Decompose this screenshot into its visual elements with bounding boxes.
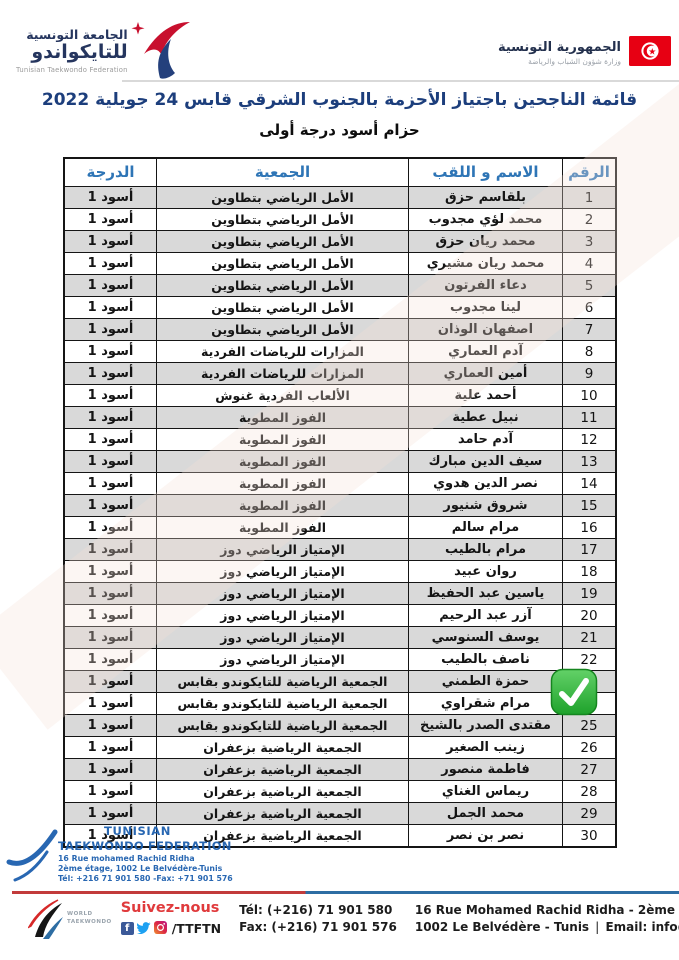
cell-club: الجمعية الرياضية بزعفران bbox=[156, 781, 408, 802]
cell-num: 16 bbox=[562, 517, 615, 538]
cell-name: دعاء الفرتون bbox=[408, 275, 562, 296]
table-row: 26زينب الصغيرالجمعية الرياضية بزعفرانأسو… bbox=[65, 736, 615, 758]
taekwondo-figure-icon bbox=[130, 18, 192, 84]
social-icons: f bbox=[121, 919, 221, 938]
cell-name: آزر عبد الرحيم bbox=[408, 605, 562, 626]
cell-degree: أسود 1 bbox=[65, 649, 156, 670]
table-row: 17مرام بالطيبالإمتياز الرياضي دوزأسود 1 bbox=[65, 538, 615, 560]
cell-num: 5 bbox=[562, 275, 615, 296]
table-row: 20آزر عبد الرحيمالإمتياز الرياضي دوزأسود… bbox=[65, 604, 615, 626]
footer: WORLD TAEKWONDO Suivez-nous f bbox=[28, 899, 677, 939]
cell-club: الفوز المطوية bbox=[156, 407, 408, 428]
cell-club: الإمتياز الرياضي دوز bbox=[156, 627, 408, 648]
address-separator: | bbox=[595, 919, 599, 936]
table-row: 2محمد لؤي مجدوبالأمل الرياضي بتطاوينأسود… bbox=[65, 208, 615, 230]
cell-club: الجمعية الرياضية بزعفران bbox=[156, 803, 408, 824]
cell-num: 2 bbox=[562, 209, 615, 230]
cell-degree: أسود 1 bbox=[65, 539, 156, 560]
cell-club: الجمعية الرياضية للتايكوندو بقابس bbox=[156, 671, 408, 692]
cell-name: حمزة الطمني bbox=[408, 671, 562, 692]
table-row: 12آدم حامدالفوز المطويةأسود 1 bbox=[65, 428, 615, 450]
cell-name: آدم العماري bbox=[408, 341, 562, 362]
cell-name: زينب الصغير bbox=[408, 737, 562, 758]
cell-num: 21 bbox=[562, 627, 615, 648]
footer-divider-line bbox=[12, 891, 679, 894]
address-line2: 1002 Le Belvédère - Tunis bbox=[415, 919, 589, 936]
cell-club: الجمعية الرياضية للتايكوندو بقابس bbox=[156, 715, 408, 736]
cell-num: 20 bbox=[562, 605, 615, 626]
fax-number: Fax: (+216) 71 901 576 bbox=[239, 919, 397, 936]
cell-degree: أسود 1 bbox=[65, 253, 156, 274]
document-page: الجامعة التونسية للتايكواندو Tunisian Ta… bbox=[0, 0, 679, 960]
cell-degree: أسود 1 bbox=[65, 429, 156, 450]
cell-name: شروق شنيور bbox=[408, 495, 562, 516]
address-line1: 16 Rue Mohamed Rachid Ridha - 2ème étage bbox=[415, 902, 679, 919]
cell-club: الأمل الرياضي بتطاوين bbox=[156, 275, 408, 296]
table-row: 1بلقاسم حزقالأمل الرياضي بتطاوينأسود 1 bbox=[65, 186, 615, 208]
cell-club: الأمل الرياضي بتطاوين bbox=[156, 319, 408, 340]
cell-degree: أسود 1 bbox=[65, 451, 156, 472]
cell-club: الإمتياز الرياضي دوز bbox=[156, 539, 408, 560]
contact-block: Tél: (+216) 71 901 580 Fax: (+216) 71 90… bbox=[239, 902, 397, 936]
header-cell-club: الجمعية bbox=[156, 159, 408, 186]
table-row: 14نصر الدين هدويالفوز المطويةأسود 1 bbox=[65, 472, 615, 494]
cell-num: 18 bbox=[562, 561, 615, 582]
cell-num: 6 bbox=[562, 297, 615, 318]
green-check-icon bbox=[550, 668, 598, 716]
cell-degree: أسود 1 bbox=[65, 781, 156, 802]
cell-num: 26 bbox=[562, 737, 615, 758]
cell-num: 28 bbox=[562, 781, 615, 802]
cell-name: نصر الدين هدوي bbox=[408, 473, 562, 494]
ministry-block: الجمهورية التونسية وزارة شؤون الشباب وال… bbox=[498, 36, 671, 70]
stamp-line3: 16 Rue mohamed Rachid Ridha bbox=[58, 854, 233, 864]
cell-degree: أسود 1 bbox=[65, 363, 156, 384]
table-row: 25مقتدى الصدر بالشيخالجمعية الرياضية للت… bbox=[65, 714, 615, 736]
cell-num: 10 bbox=[562, 385, 615, 406]
twitter-icon bbox=[137, 919, 151, 938]
cell-club: الفوز المطوية bbox=[156, 451, 408, 472]
cell-name: أحمد علية bbox=[408, 385, 562, 406]
table-row: 24مرام شقراويالجمعية الرياضية للتايكوندو… bbox=[65, 692, 615, 714]
cell-num: 3 bbox=[562, 231, 615, 252]
header-cell-degree: الدرجة bbox=[65, 159, 156, 186]
cell-num: 22 bbox=[562, 649, 615, 670]
cell-degree: أسود 1 bbox=[65, 231, 156, 252]
cell-degree: أسود 1 bbox=[65, 385, 156, 406]
cell-club: الأمل الرياضي بتطاوين bbox=[156, 231, 408, 252]
cell-name: سيف الدين مبارك bbox=[408, 451, 562, 472]
cell-degree: أسود 1 bbox=[65, 187, 156, 208]
cell-club: الفوز المطوية bbox=[156, 473, 408, 494]
cell-name: مرام سالم bbox=[408, 517, 562, 538]
cell-degree: أسود 1 bbox=[65, 275, 156, 296]
table-row: 16مرام سالمالفوز المطويةأسود 1 bbox=[65, 516, 615, 538]
cell-club: الجمعية الرياضية بزعفران bbox=[156, 737, 408, 758]
cell-name: ريماس الغناي bbox=[408, 781, 562, 802]
table-row: 15شروق شنيورالفوز المطويةأسود 1 bbox=[65, 494, 615, 516]
cell-name: محمد الجمل bbox=[408, 803, 562, 824]
federation-stamp: TUNISIAN TAEKWONDO FEDERATION 16 Rue moh… bbox=[6, 824, 233, 894]
cell-name: محمد لؤي مجدوب bbox=[408, 209, 562, 230]
cell-club: الإمتياز الرياضي دوز bbox=[156, 583, 408, 604]
cell-degree: أسود 1 bbox=[65, 759, 156, 780]
table-row: 6لينا مجدوبالأمل الرياضي بتطاوينأسود 1 bbox=[65, 296, 615, 318]
republic-title: الجمهورية التونسية bbox=[498, 40, 621, 55]
world-taekwondo-logo: WORLD TAEKWONDO bbox=[28, 899, 112, 939]
cell-degree: أسود 1 bbox=[65, 319, 156, 340]
table-row: 18روان عبيدالإمتياز الرياضي دوزأسود 1 bbox=[65, 560, 615, 582]
cell-degree: أسود 1 bbox=[65, 473, 156, 494]
cell-num: 29 bbox=[562, 803, 615, 824]
cell-num: 7 bbox=[562, 319, 615, 340]
phone-number: Tél: (+216) 71 901 580 bbox=[239, 902, 397, 919]
cell-num: 25 bbox=[562, 715, 615, 736]
cell-num: 1 bbox=[562, 187, 615, 208]
cell-name: مرام شقراوي bbox=[408, 693, 562, 714]
cell-num: 12 bbox=[562, 429, 615, 450]
stamp-line1: TUNISIAN bbox=[104, 824, 233, 839]
table-row: 23حمزة الطمنيالجمعية الرياضية للتايكوندو… bbox=[65, 670, 615, 692]
cell-name: محمد ريان حزق bbox=[408, 231, 562, 252]
cell-degree: أسود 1 bbox=[65, 495, 156, 516]
cell-club: الفوز المطوية bbox=[156, 429, 408, 450]
cell-num: 19 bbox=[562, 583, 615, 604]
cell-club: الإمتياز الرياضي دوز bbox=[156, 561, 408, 582]
cell-num: 30 bbox=[562, 825, 615, 846]
cell-degree: أسود 1 bbox=[65, 583, 156, 604]
page-subtitle: حزام أسود درجة أولى bbox=[0, 121, 679, 139]
cell-degree: أسود 1 bbox=[65, 671, 156, 692]
cell-degree: أسود 1 bbox=[65, 715, 156, 736]
stamp-line2: TAEKWONDO FEDERATION bbox=[58, 839, 233, 854]
instagram-icon bbox=[154, 919, 167, 938]
cell-club: الجمعية الرياضية للتايكوندو بقابس bbox=[156, 693, 408, 714]
cell-degree: أسود 1 bbox=[65, 341, 156, 362]
table-row: 4محمد ريان مشيريالأمل الرياضي بتطاوينأسو… bbox=[65, 252, 615, 274]
cell-club: الفوز المطوية bbox=[156, 495, 408, 516]
cell-club: الأمل الرياضي بتطاوين bbox=[156, 187, 408, 208]
cell-name: نبيل عطية bbox=[408, 407, 562, 428]
header-cell-number: الرقم bbox=[562, 159, 615, 186]
cell-club: المزارات للرياضات الفردية bbox=[156, 363, 408, 384]
cell-name: بلقاسم حزق bbox=[408, 187, 562, 208]
table-row: 11نبيل عطيةالفوز المطويةأسود 1 bbox=[65, 406, 615, 428]
cell-name: آدم حامد bbox=[408, 429, 562, 450]
cell-club: الفوز المطوية bbox=[156, 517, 408, 538]
cell-degree: أسود 1 bbox=[65, 693, 156, 714]
address-block: 16 Rue Mohamed Rachid Ridha - 2ème étage… bbox=[415, 902, 679, 936]
cell-num: 4 bbox=[562, 253, 615, 274]
cell-degree: أسود 1 bbox=[65, 517, 156, 538]
stamp-swoosh-icon bbox=[6, 824, 58, 894]
table-row: 10أحمد عليةالألعاب الفردية غنوشأسود 1 bbox=[65, 384, 615, 406]
ministry-text: الجمهورية التونسية وزارة شؤون الشباب وال… bbox=[498, 40, 621, 66]
cell-num: 11 bbox=[562, 407, 615, 428]
table-row: 19ياسين عبد الحفيظالإمتياز الرياضي دوزأس… bbox=[65, 582, 615, 604]
cell-club: الأمل الرياضي بتطاوين bbox=[156, 297, 408, 318]
cell-name: مرام بالطيب bbox=[408, 539, 562, 560]
table-row: 7اصفهان الوذانالأمل الرياضي بتطاوينأسود … bbox=[65, 318, 615, 340]
federation-logo: الجامعة التونسية للتايكواندو Tunisian Ta… bbox=[16, 18, 192, 84]
cell-num: 13 bbox=[562, 451, 615, 472]
table-row: 13سيف الدين مباركالفوز المطويةأسود 1 bbox=[65, 450, 615, 472]
cell-degree: أسود 1 bbox=[65, 803, 156, 824]
cell-name: فاطمة منصور bbox=[408, 759, 562, 780]
world-taekwondo-label: WORLD TAEKWONDO bbox=[67, 911, 112, 926]
federation-logo-text: الجامعة التونسية للتايكواندو Tunisian Ta… bbox=[16, 28, 128, 74]
stamp-line5: Tél: +216 71 901 580 -Fax: +71 901 576 bbox=[58, 874, 233, 884]
results-table: الرقم الاسم و اللقب الجمعية الدرجة 1بلقا… bbox=[63, 157, 617, 848]
cell-degree: أسود 1 bbox=[65, 561, 156, 582]
header-cell-name: الاسم و اللقب bbox=[408, 159, 562, 186]
federation-name-en: Tunisian Taekwondo Federation bbox=[16, 66, 128, 74]
cell-degree: أسود 1 bbox=[65, 627, 156, 648]
cell-num: 14 bbox=[562, 473, 615, 494]
cell-club: الإمتياز الرياضي دوز bbox=[156, 605, 408, 626]
table-row: 21يوسف السنوسيالإمتياز الرياضي دوزأسود 1 bbox=[65, 626, 615, 648]
cell-degree: أسود 1 bbox=[65, 737, 156, 758]
cell-degree: أسود 1 bbox=[65, 209, 156, 230]
cell-name: ياسين عبد الحفيظ bbox=[408, 583, 562, 604]
cell-club: الجمعية الرياضية بزعفران bbox=[156, 759, 408, 780]
social-handle: /TTFTN bbox=[172, 921, 221, 936]
cell-club: الإمتياز الرياضي دوز bbox=[156, 649, 408, 670]
cell-club: الألعاب الفردية غنوش bbox=[156, 385, 408, 406]
table-row: 5دعاء الفرتونالأمل الرياضي بتطاوينأسود 1 bbox=[65, 274, 615, 296]
tunisia-flag-icon: ★ bbox=[629, 36, 671, 70]
cell-degree: أسود 1 bbox=[65, 605, 156, 626]
cell-name: اصفهان الوذان bbox=[408, 319, 562, 340]
federation-name-ar-line1: الجامعة التونسية bbox=[16, 28, 128, 42]
table-row: 29محمد الجملالجمعية الرياضية بزعفرانأسود… bbox=[65, 802, 615, 824]
stamp-text: TUNISIAN TAEKWONDO FEDERATION 16 Rue moh… bbox=[58, 824, 233, 884]
world-taekwondo-figure-icon bbox=[28, 899, 64, 939]
cell-degree: أسود 1 bbox=[65, 297, 156, 318]
table-header-row: الرقم الاسم و اللقب الجمعية الدرجة bbox=[65, 159, 615, 186]
cell-name: روان عبيد bbox=[408, 561, 562, 582]
cell-num: 9 bbox=[562, 363, 615, 384]
ministry-subtitle: وزارة شؤون الشباب والرياضة bbox=[498, 57, 621, 66]
table-row: 9أمين العماريالمزارات للرياضات الفرديةأس… bbox=[65, 362, 615, 384]
header-divider bbox=[122, 80, 679, 82]
table-row: 3محمد ريان حزقالأمل الرياضي بتطاوينأسود … bbox=[65, 230, 615, 252]
cell-name: نصر بن نصر bbox=[408, 825, 562, 846]
federation-name-ar-line2: للتايكواندو bbox=[16, 42, 128, 63]
cell-num: 15 bbox=[562, 495, 615, 516]
cell-num: 17 bbox=[562, 539, 615, 560]
follow-block: Suivez-nous f bbox=[121, 900, 221, 938]
cell-name: أمين العماري bbox=[408, 363, 562, 384]
cell-name: لينا مجدوب bbox=[408, 297, 562, 318]
follow-label: Suivez-nous bbox=[121, 900, 220, 916]
cell-num: 27 bbox=[562, 759, 615, 780]
facebook-icon: f bbox=[121, 922, 134, 935]
email-address: Email: info@ttf.tn bbox=[605, 919, 679, 936]
cell-name: يوسف السنوسي bbox=[408, 627, 562, 648]
cell-name: محمد ريان مشيري bbox=[408, 253, 562, 274]
svg-text:★: ★ bbox=[648, 48, 656, 58]
table-row: 22ناصف بالطيبالإمتياز الرياضي دوزأسود 1 bbox=[65, 648, 615, 670]
cell-club: الأمل الرياضي بتطاوين bbox=[156, 253, 408, 274]
cell-club: المزارات للرياضات الفردية bbox=[156, 341, 408, 362]
table-row: 27فاطمة منصورالجمعية الرياضية بزعفرانأسو… bbox=[65, 758, 615, 780]
cell-degree: أسود 1 bbox=[65, 407, 156, 428]
table-row: 8آدم العماريالمزارات للرياضات الفرديةأسو… bbox=[65, 340, 615, 362]
cell-club: الأمل الرياضي بتطاوين bbox=[156, 209, 408, 230]
table-row: 28ريماس الغنايالجمعية الرياضية بزعفرانأس… bbox=[65, 780, 615, 802]
cell-name: ناصف بالطيب bbox=[408, 649, 562, 670]
page-title: قائمة الناجحين باجتياز الأحزمة بالجنوب ا… bbox=[0, 90, 679, 110]
stamp-line4: 2ème étage, 1002 Le Belvédère-Tunis bbox=[58, 864, 233, 874]
cell-num: 8 bbox=[562, 341, 615, 362]
cell-name: مقتدى الصدر بالشيخ bbox=[408, 715, 562, 736]
